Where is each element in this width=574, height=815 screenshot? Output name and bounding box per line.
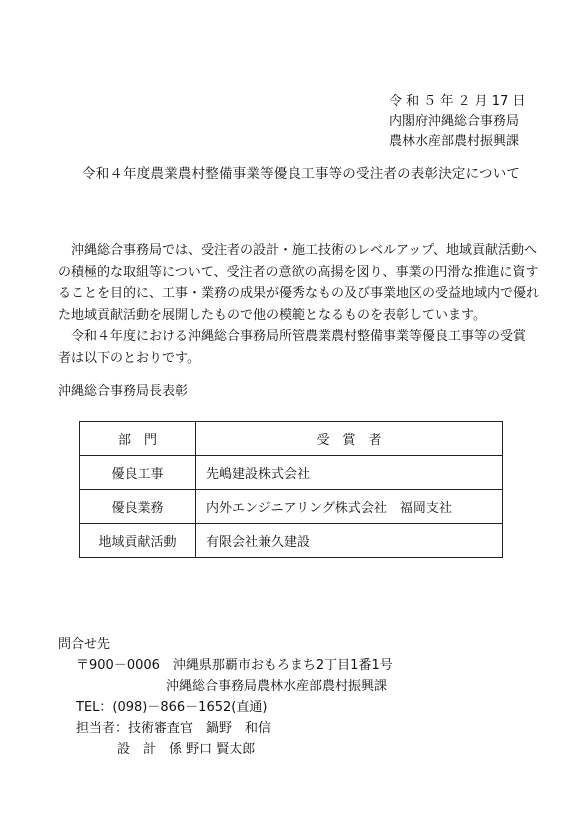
- awards-table: 部 門 受 賞 者 優良工事 先嶋建設株式会社 優良業務 内外エンジニアリング株…: [79, 421, 503, 558]
- section-heading: 沖縄総合事務局長表彰: [58, 385, 188, 398]
- recipient-cell: 有限会社兼久建設: [196, 524, 503, 558]
- category-cell: 優良工事: [80, 456, 196, 490]
- contact-person-1: 担当者：技術審査官 鍋野 和信: [58, 718, 393, 739]
- table-row: 優良工事 先嶋建設株式会社: [80, 456, 503, 490]
- department-name: 農林水産部農村振興課: [389, 132, 525, 152]
- contact-heading: 問合せ先: [58, 634, 393, 655]
- category-cell: 優良業務: [80, 490, 196, 524]
- table-header-row: 部 門 受 賞 者: [80, 422, 503, 456]
- org-name: 内閣府沖縄総合事務局: [389, 112, 525, 132]
- recipient-cell: 内外エンジニアリング株式会社 福岡支社: [196, 490, 503, 524]
- body-line: の積極的な取組等について、受注者の意欲の高揚を図り、事業の円滑な推進に資す: [58, 262, 528, 284]
- contact-department: 沖縄総合事務局農林水産部農村振興課: [58, 676, 393, 697]
- body-line: 者は以下のとおりです。: [58, 348, 528, 370]
- document-title: 令和４年度農業農村整備事業等優良工事等の受注者の表彰決定について: [82, 168, 520, 182]
- contact-address: 〒900－0006 沖縄県那覇市おもろまち2丁目1番1号: [58, 655, 393, 676]
- body-line: 沖縄総合事務局では、受注者の設計・施工技術のレベルアップ、地域貢献活動へ: [58, 240, 528, 262]
- recipient-cell: 先嶋建設株式会社: [196, 456, 503, 490]
- body-line: 令和４年度における沖縄総合事務局所管農業農村整備事業等優良工事等の受賞: [58, 326, 528, 348]
- contact-tel: TEL：(098)－866－1652(直通): [58, 697, 393, 718]
- contact-block: 問合せ先 〒900－0006 沖縄県那覇市おもろまち2丁目1番1号 沖縄総合事務…: [58, 634, 393, 760]
- body-line: ることを目的に、工事・業務の成果が優秀なもの及び事業地区の受益地域内で優れ: [58, 283, 528, 305]
- date: 令 和 ５ 年 ２ 月 17 日: [389, 92, 525, 112]
- header-category: 部 門: [80, 422, 196, 456]
- header-recipient: 受 賞 者: [196, 422, 503, 456]
- table-row: 地域貢献活動 有限会社兼久建設: [80, 524, 503, 558]
- table-row: 優良業務 内外エンジニアリング株式会社 福岡支社: [80, 490, 503, 524]
- header-block: 令 和 ５ 年 ２ 月 17 日 内閣府沖縄総合事務局 農林水産部農村振興課: [389, 92, 525, 152]
- category-cell: 地域貢献活動: [80, 524, 196, 558]
- contact-person-2: 設 計 係 野口 賢太郎: [58, 739, 393, 760]
- body-paragraph: 沖縄総合事務局では、受注者の設計・施工技術のレベルアップ、地域貢献活動へ の積極…: [58, 240, 528, 369]
- body-line: た地域貢献活動を展開したもので他の模範となるものを表彰しています。: [58, 305, 528, 327]
